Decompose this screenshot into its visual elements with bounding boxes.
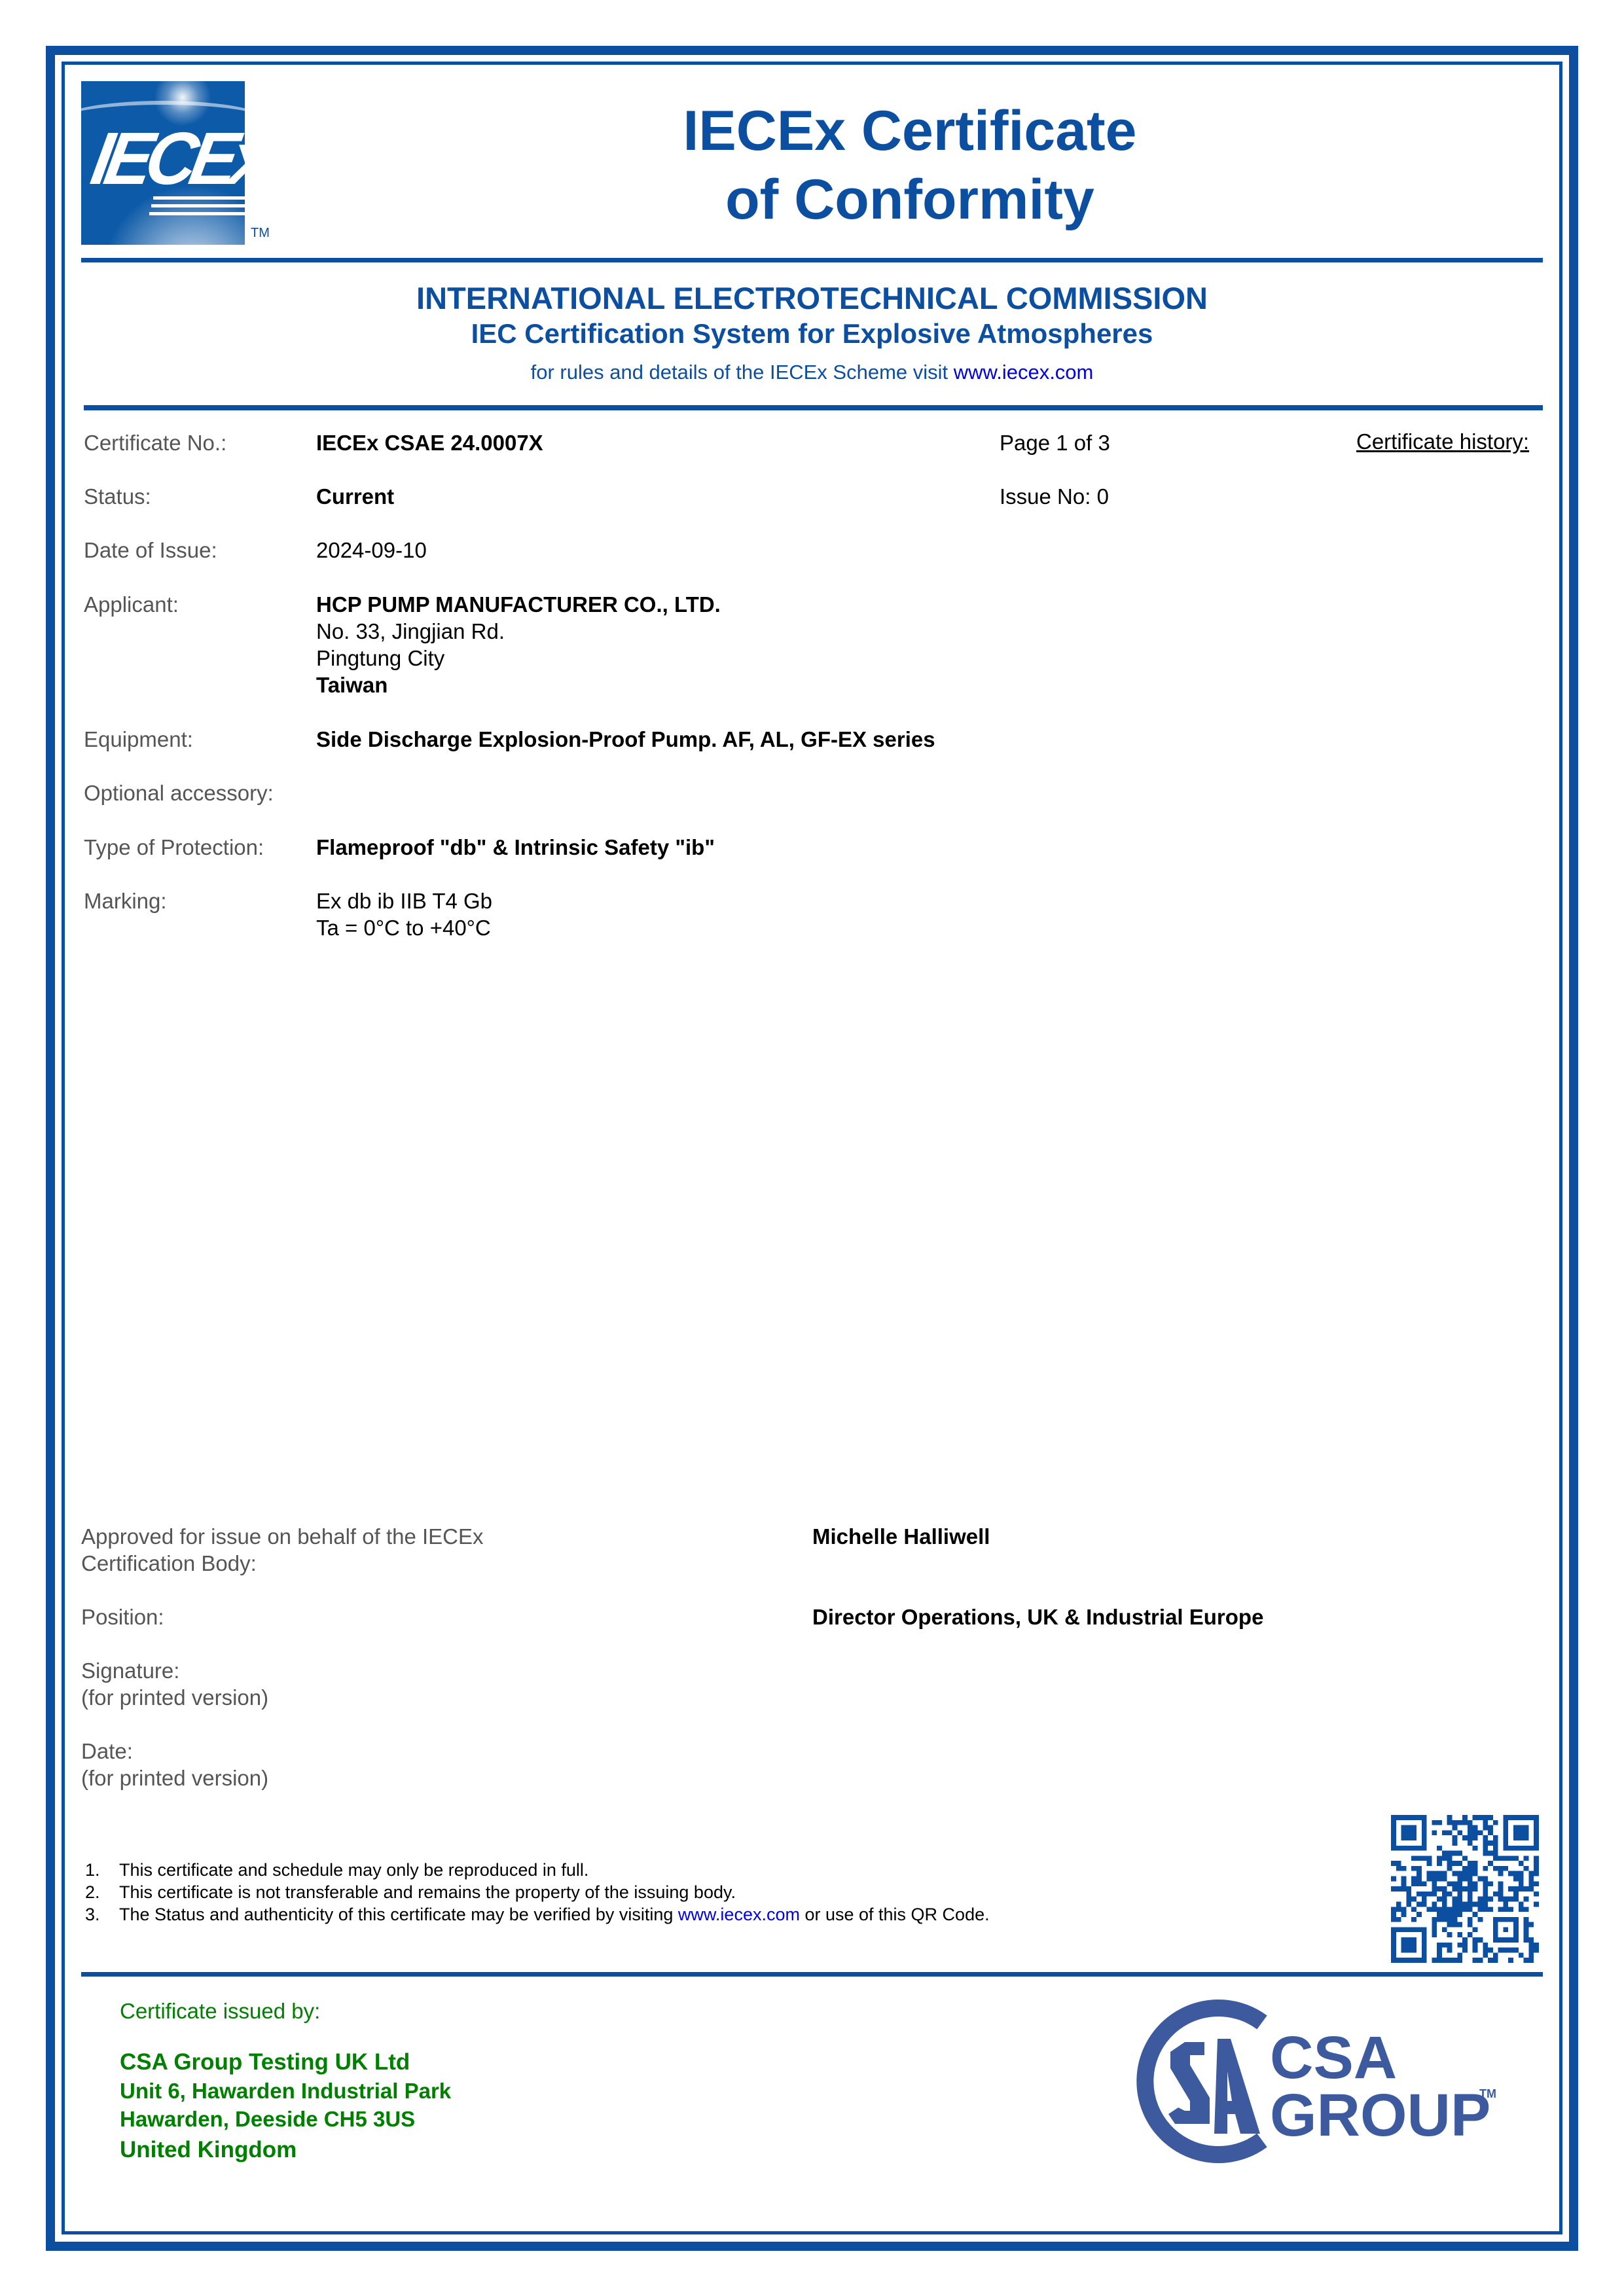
organization-name: INTERNATIONAL ELECTROTECHNICAL COMMISSIO… [0, 280, 1624, 316]
page-indicator: Page 1 of 3 [1000, 429, 1110, 456]
page-title: IECEx Certificate of Conformity [583, 97, 1237, 234]
note-number: 1. [85, 1859, 119, 1881]
certificate-history-link[interactable]: Certificate history: [1356, 429, 1529, 454]
applicant-name: HCP PUMP MANUFACTURER CO., LTD. [316, 591, 721, 618]
notes-list: 1.This certificate and schedule may only… [85, 1859, 990, 1926]
note-text: This certificate is not transferable and… [119, 1882, 736, 1902]
iecex-logo: IECEx [81, 81, 245, 245]
issuer-address-line-1: Unit 6, Hawarden Industrial Park [120, 2079, 451, 2104]
system-name: IEC Certification System for Explosive A… [0, 318, 1624, 350]
note-item: 1.This certificate and schedule may only… [85, 1859, 990, 1881]
note-number: 2. [85, 1881, 119, 1903]
footer-rule [81, 1972, 1543, 1977]
csa-group-logo: CSA GROUP TM [1113, 1993, 1519, 2170]
header-rule [81, 258, 1543, 262]
csa-logo-trademark: TM [1479, 2087, 1496, 2100]
note-item: 2.This certificate is not transferable a… [85, 1881, 990, 1903]
equipment-value: Side Discharge Explosion-Proof Pump. AF,… [316, 726, 935, 753]
csa-logo-text-line-2: GROUP [1270, 2082, 1490, 2149]
approved-for-issue-label: Approved for issue on behalf of the IECE… [81, 1523, 484, 1577]
applicant-address-line-2: Pingtung City [316, 645, 721, 672]
status-value: Current [316, 483, 394, 510]
marking-block: Ex db ib IIB T4 Gb Ta = 0°C to +40°C [316, 888, 492, 941]
issuer-country: United Kingdom [120, 2137, 297, 2163]
note-number: 3. [85, 1903, 119, 1926]
logo-stripe [149, 212, 245, 215]
approver-name: Michelle Halliwell [812, 1523, 990, 1550]
marking-line-1: Ex db ib IIB T4 Gb [316, 888, 492, 914]
rules-text-prefix: for rules and details of the IECEx Schem… [531, 361, 954, 384]
logo-stripe [153, 196, 245, 200]
issuer-address-line-2: Hawarden, Deeside CH5 3US [120, 2107, 415, 2132]
logo-trademark: TM [251, 226, 270, 241]
signature-label: Signature: (for printed version) [81, 1657, 268, 1711]
iecex-logo-text: IECEx [86, 121, 245, 195]
certificate-number-label: Certificate No.: [84, 429, 226, 456]
issuer-name: CSA Group Testing UK Ltd [120, 2049, 410, 2075]
logo-stripe [151, 204, 245, 207]
rules-text: for rules and details of the IECEx Schem… [0, 361, 1624, 384]
date-note: (for printed version) [81, 1765, 268, 1791]
marking-label: Marking: [84, 888, 167, 914]
date-of-issue-label: Date of Issue: [84, 537, 217, 564]
qr-code-icon[interactable] [1391, 1815, 1539, 1963]
applicant-country: Taiwan [316, 672, 721, 698]
title-line-2: of Conformity [583, 166, 1237, 234]
applicant-block: HCP PUMP MANUFACTURER CO., LTD. No. 33, … [316, 591, 721, 698]
position-value: Director Operations, UK & Industrial Eur… [812, 1604, 1263, 1630]
csa-logo-text-line-1: CSA [1270, 2024, 1397, 2091]
note-text: This certificate and schedule may only b… [119, 1860, 588, 1880]
signature-label-text: Signature: [81, 1657, 268, 1684]
note-text: The Status and authenticity of this cert… [119, 1905, 678, 1924]
note-text: or use of this QR Code. [800, 1905, 990, 1924]
title-line-1: IECEx Certificate [583, 97, 1237, 166]
type-of-protection-value: Flameproof "db" & Intrinsic Safety "ib" [316, 834, 715, 861]
date-label: Date: (for printed version) [81, 1738, 268, 1791]
date-label-text: Date: [81, 1738, 268, 1765]
status-label: Status: [84, 483, 151, 510]
approved-label-line-2: Certification Body: [81, 1550, 484, 1577]
note-item: 3.The Status and authenticity of this ce… [85, 1903, 990, 1926]
section-rule [84, 405, 1543, 410]
certificate-number: IECEx CSAE 24.0007X [316, 429, 543, 456]
type-of-protection-label: Type of Protection: [84, 834, 264, 861]
applicant-address-line-1: No. 33, Jingjian Rd. [316, 618, 721, 645]
signature-note: (for printed version) [81, 1684, 268, 1711]
marking-line-2: Ta = 0°C to +40°C [316, 914, 492, 941]
applicant-label: Applicant: [84, 591, 179, 618]
issued-by-label: Certificate issued by: [120, 1999, 320, 2024]
iecex-verify-link[interactable]: www.iecex.com [678, 1905, 800, 1924]
optional-accessory-label: Optional accessory: [84, 780, 274, 806]
iecex-website-link[interactable]: www.iecex.com [954, 361, 1094, 384]
position-label: Position: [81, 1604, 164, 1630]
equipment-label: Equipment: [84, 726, 193, 753]
date-of-issue: 2024-09-10 [316, 537, 427, 564]
approved-label-line-1: Approved for issue on behalf of the IECE… [81, 1523, 484, 1550]
issue-number: Issue No: 0 [1000, 483, 1109, 510]
